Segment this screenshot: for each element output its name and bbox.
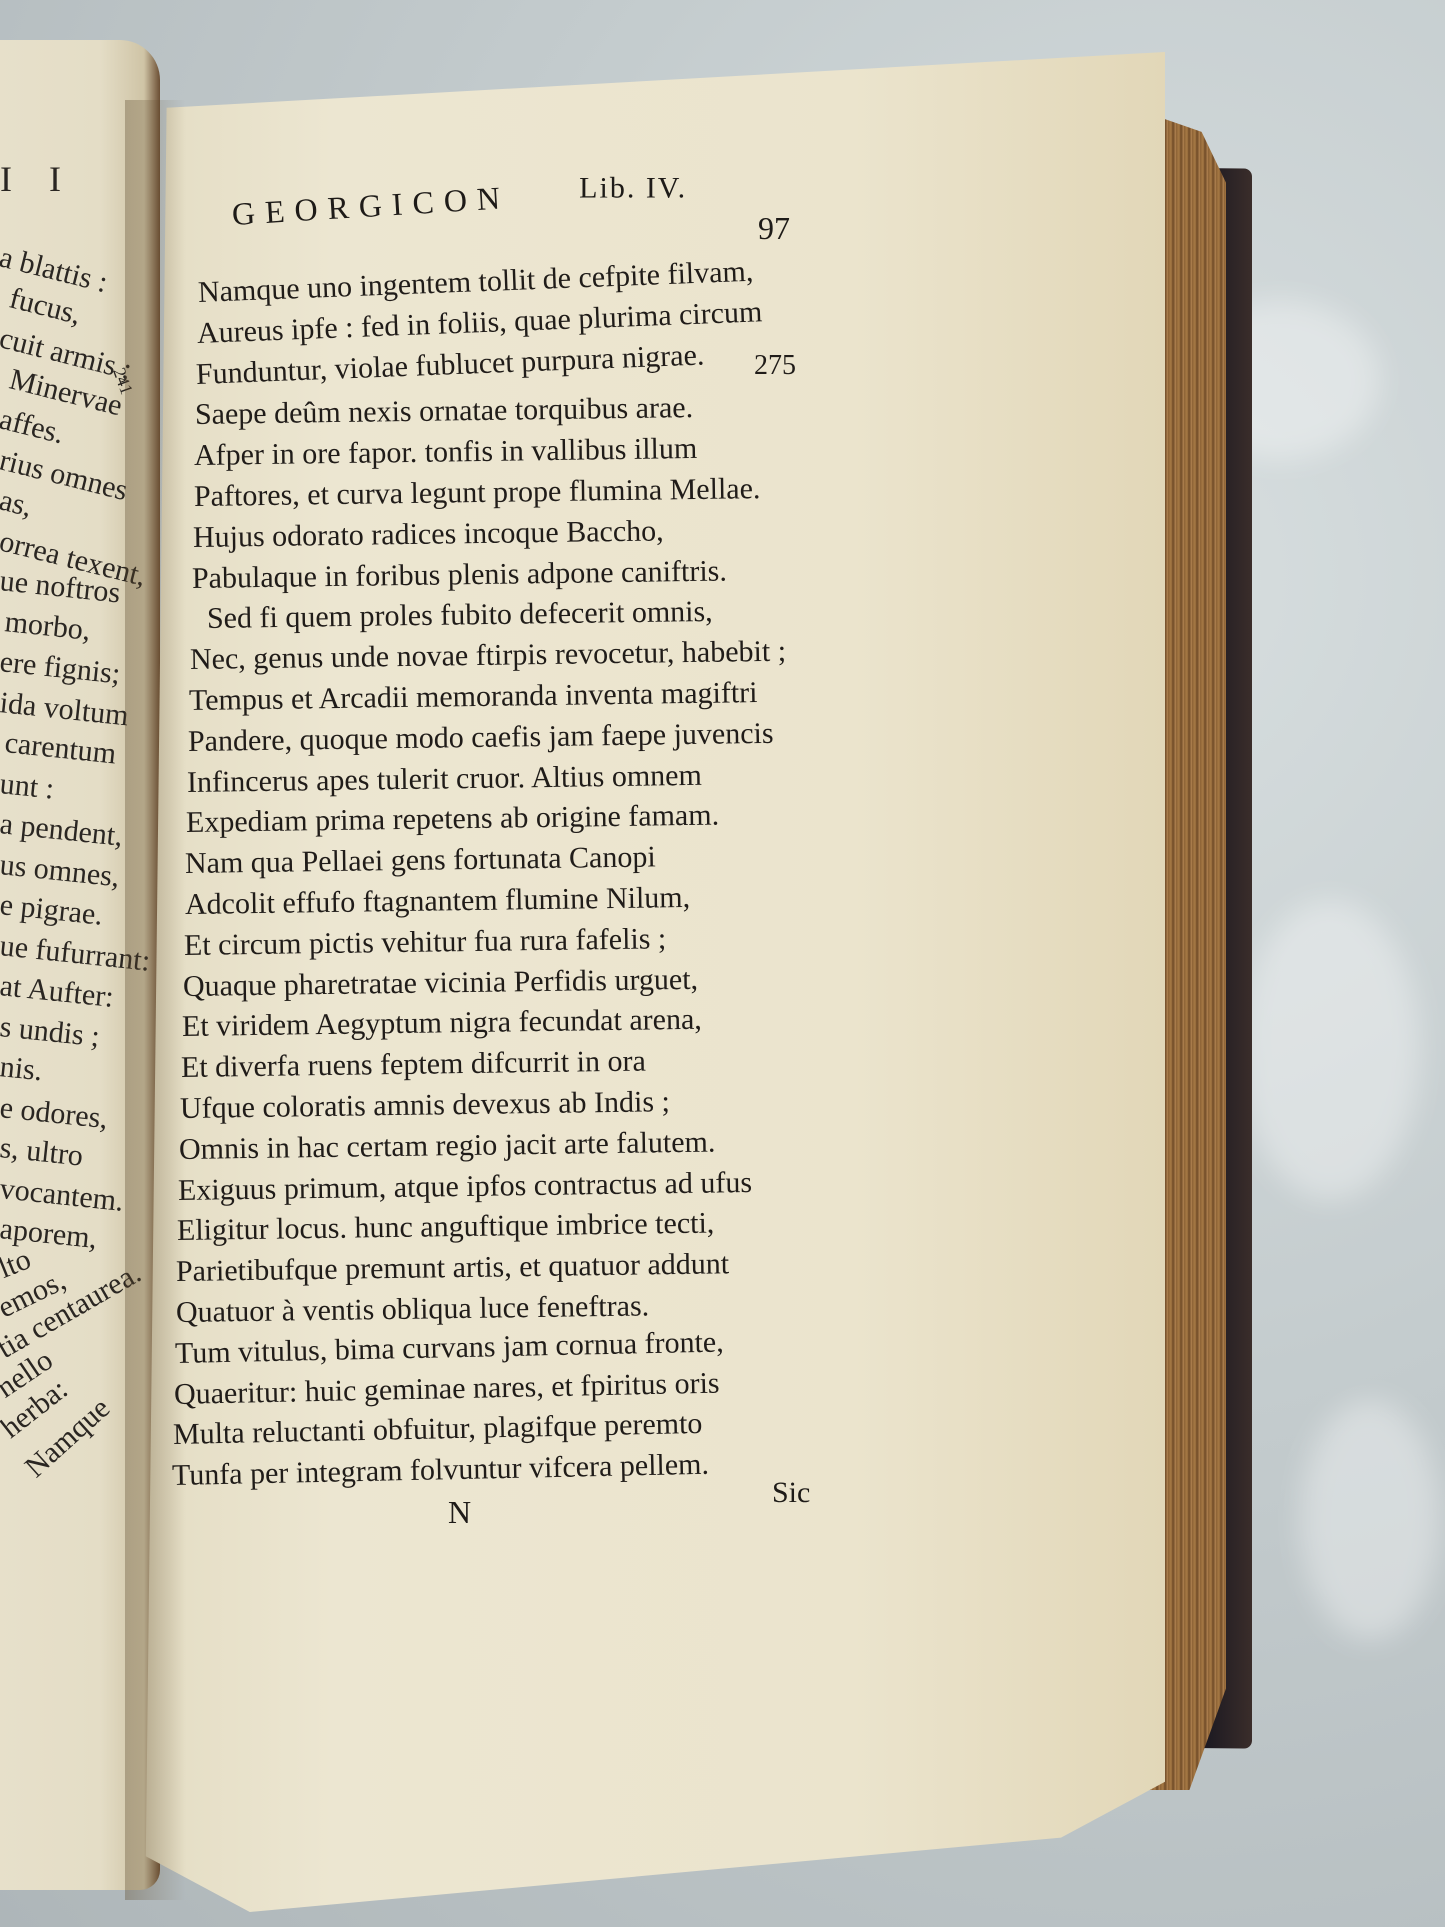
- verse-line: Quatuor à ventis obliqua luce feneftras.: [175, 1289, 649, 1330]
- catchword: Sic: [772, 1476, 810, 1510]
- verse-line: Adcolit effufo ftagnantem flumine Nilum,: [184, 881, 690, 922]
- left-page-line-fragment: carentum: [3, 726, 118, 771]
- verse-line: Quaque pharetratae vicinia Perfidis urgu…: [182, 962, 698, 1003]
- left-page-line-fragment: nis.: [0, 1050, 44, 1088]
- verse-line: Et diverfa ruens feptem difcurrit in ora: [181, 1045, 646, 1085]
- left-page-line-fragment: e pigrae.: [0, 888, 104, 933]
- left-page-line-fragment: s undis ;: [0, 1010, 101, 1054]
- running-head-book: Lib. IV.: [579, 171, 687, 205]
- gutter-shadow: [125, 100, 185, 1900]
- signature-mark: N: [448, 1494, 471, 1531]
- left-page-line-fragment: us omnes,: [0, 848, 121, 894]
- page-number: 97: [758, 210, 790, 247]
- verse-line: Hujus odorato radices incoque Baccho,: [192, 514, 663, 555]
- verse-line: Omnis in hac certam regio jacit arte fal…: [179, 1125, 716, 1166]
- left-page-line-fragment: unt :: [0, 767, 56, 806]
- verse-line: Et circum pictis vehitur fua rura fafeli…: [183, 922, 666, 963]
- left-page-line-fragment: at Aufter:: [0, 969, 115, 1015]
- left-page-line-fragment: vocantem.: [0, 1172, 125, 1219]
- left-page-line-fragment: a pendent,: [0, 807, 124, 854]
- verse-line: Nam qua Pellaei gens fortunata Canopi: [185, 841, 656, 882]
- line-number-marker: 275: [754, 350, 796, 382]
- left-page-line-fragment: s, ultro: [0, 1131, 85, 1174]
- left-page-line-fragment: ida voltum: [0, 686, 130, 733]
- verse-line: Ufque coloratis amnis devexus ab Indis ;: [180, 1085, 670, 1126]
- left-page-line-fragment: ere fignis;: [0, 645, 122, 691]
- left-page-line-fragment: e odores,: [0, 1091, 109, 1136]
- marble-background-vein: [1300, 1400, 1440, 1640]
- left-page-line-fragment: morbo,: [3, 605, 92, 648]
- verse-line: Infincerus apes tulerit cruor. Altius om…: [187, 758, 702, 799]
- left-page-line-fragment: as,: [0, 484, 36, 525]
- left-running-head-fragment: I I: [0, 158, 75, 200]
- marble-background-vein: [1240, 900, 1420, 1200]
- verse-line: Pabulaque in foribus plenis adpone canif…: [191, 554, 726, 595]
- left-page-line-fragment: affes.: [0, 403, 67, 452]
